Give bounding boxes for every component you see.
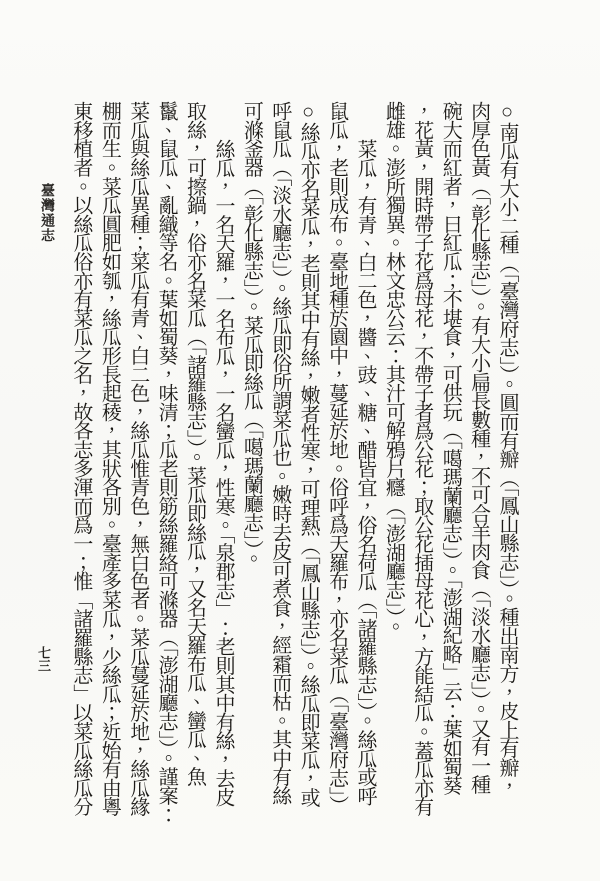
text-block: ○南瓜有大小二種（「臺灣府志」）。圓而有瓣（「鳳山縣志」）。種出南方，皮上有瓣，…: [65, 101, 521, 863]
text-column: 碗大而紅者，曰紅瓜；不堪食，可供玩（「噶瑪蘭廳志」）。「澎湖紀略」云：葉如蜀葵: [436, 101, 464, 863]
page-number: 七三: [34, 646, 53, 672]
text-column: 棚而生。菜瓜圓肥如瓠，絲瓜形長起稜，其狀各別。臺產多菜瓜，少絲瓜；近始有由粵: [95, 101, 123, 863]
text-column: 取絲，可擦鍋，俗亦名菜瓜（「諸羅縣志」）。菜瓜即絲瓜，又名天羅布瓜、蠻瓜、魚: [180, 101, 208, 863]
text-column: 東移植者。以絲瓜俗亦有菜瓜之名，故各志多渾而爲一；惟「諸羅縣志」以菜瓜絲瓜分: [67, 101, 95, 863]
text-column: 雌雄。澎所獨異。林文忠公云：其汁可解鴉片癮（「澎湖廳志」）。: [379, 101, 407, 863]
text-column: ○絲瓜亦名菜瓜，老則其中有絲，嫩者性寒，可理熱（「鳳山縣志」）。絲瓜即菜瓜，或: [294, 101, 322, 863]
text-column: 肉厚色黃（「彰化縣志」）。有大小扁長數種，不可合羊肉食（「淡水廳志」）。又有一種: [464, 101, 492, 863]
text-column: 菜瓜，有青、白二色，醬、豉、糖、醋皆宜，俗名荷瓜（「諸羅縣志」）。絲瓜或呼: [351, 101, 379, 863]
text-column: 菜瓜與絲瓜異種；菜瓜有青、白二色，絲瓜惟青色，無白色者。菜瓜蔓延於地，絲瓜緣: [123, 101, 151, 863]
text-column: 鬣、鼠瓜、亂織等名。葉如蜀葵，味清；瓜老則筋絲羅絡可滌器（「澎湖廳志」）。謹案：: [152, 101, 180, 863]
text-column: ○南瓜有大小二種（「臺灣府志」）。圓而有瓣（「鳳山縣志」）。種出南方，皮上有瓣，: [493, 101, 521, 863]
book-page: 臺灣通志 ○南瓜有大小二種（「臺灣府志」）。圓而有瓣（「鳳山縣志」）。種出南方，…: [0, 0, 600, 881]
spine-title: 臺灣通志: [36, 183, 56, 243]
text-column: 可滌釜器（「彰化縣志」）。菜瓜即絲瓜（「噶瑪蘭廳志」）。: [237, 101, 265, 863]
text-column: ，花黃，開時帶子花爲母花，不帶子者爲公花；取公花插母花心，方能結瓜。蓋瓜亦有: [407, 101, 435, 863]
text-column: 鼠瓜，老則成布。臺地種於園中，蔓延於地。俗呼爲天羅布，亦名菜瓜（「臺灣府志」）: [322, 101, 350, 863]
text-column: 呼鼠瓜（「淡水廳志」）。絲瓜即俗所謂菜瓜也。嫩時去皮可煮食，經霜而枯。其中有絲: [265, 101, 293, 863]
text-column: 絲瓜，一名天羅，一名布瓜，一名蠻瓜，性寒。「泉郡志」：老則其中有絲，去皮: [209, 101, 237, 863]
